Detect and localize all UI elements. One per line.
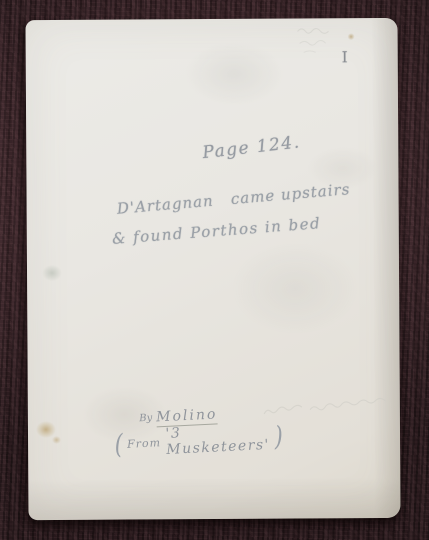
paren-open-mark: ( [114,431,124,458]
smudge-mark [39,262,65,284]
fox-spot [348,33,355,40]
corner-mark: I [342,48,348,66]
faint-scribble-marks [294,23,342,57]
erased-pencil-marks [259,393,400,422]
source-title: '3 Musketeers' [165,421,270,458]
stain-spot [36,421,56,438]
artist-by-label: By [139,413,153,425]
stain-spot-small [52,436,61,444]
source-prefix: From [127,436,162,451]
page-number: Page 124. [201,132,301,163]
paper-sheet-verso: I Page 124. D'Artagnan came upstairs & f… [25,18,400,520]
photo-of-paper-on-carpet: I Page 124. D'Artagnan came upstairs & f… [0,0,429,540]
source-note: ( From '3 Musketeers' ) [113,420,285,460]
caption-line-1: D'Artagnan came upstairs [116,180,351,218]
paren-close-mark: ) [274,423,284,450]
caption-line-2: & found Porthos in bed [111,214,321,248]
